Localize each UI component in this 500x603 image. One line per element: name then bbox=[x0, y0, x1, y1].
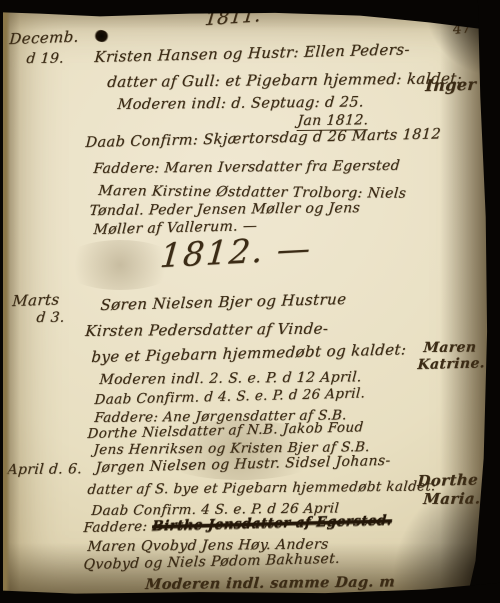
year-heading-1812: 1812. — bbox=[159, 228, 314, 275]
manuscript-line: datter af Gull: et Pigebarn hjemmed: kal… bbox=[107, 69, 463, 91]
child-name-note: Inger bbox=[425, 75, 477, 95]
child-name-note: Maria. bbox=[423, 489, 482, 508]
margin-date: April d. 6. bbox=[7, 461, 83, 478]
child-name-note: Dorthe bbox=[417, 471, 479, 491]
manuscript-line: Maren Kirstine Østdatter Trolborg: Niels bbox=[98, 183, 407, 202]
manuscript-line: Moderen indl. 2. S. e. P. d 12 April. bbox=[99, 369, 363, 388]
faddere-label: Faddere: bbox=[83, 518, 148, 536]
child-name-note: Katrine. bbox=[417, 355, 486, 373]
closing-line: Moderen indl. samme Dag. m bbox=[145, 573, 396, 593]
margin-month: Decemb. bbox=[9, 28, 80, 48]
margin-month: Marts bbox=[12, 290, 60, 310]
manuscript-line: Faddere: Maren Iversdatter fra Egersted bbox=[93, 158, 401, 177]
child-name-note: Maren bbox=[423, 339, 477, 356]
scanned-parish-register-page: 1811. 47 Decemb. d 19. Kristen Hansen og… bbox=[0, 0, 500, 603]
margin-day: d 3. bbox=[36, 310, 66, 326]
margin-day: d 19. bbox=[26, 51, 65, 67]
manuscript-line: Moderen indl: d. Septuag: d 25. bbox=[117, 94, 365, 113]
manuscript-line: Kirsten Pedersdatter af Vinde- bbox=[85, 319, 329, 340]
scan-border-left bbox=[0, 0, 10, 603]
manuscript-line: Tøndal. Peder Jensen Møller og Jens bbox=[89, 200, 361, 219]
